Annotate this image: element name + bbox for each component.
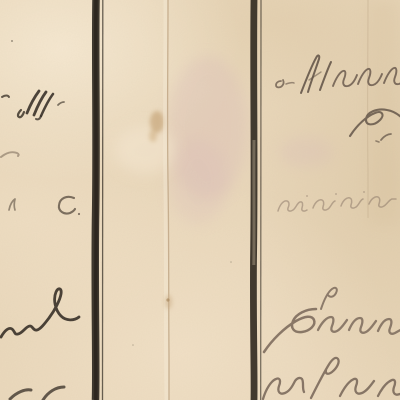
crease-knot <box>165 295 172 309</box>
manuscript-scan <box>0 0 400 400</box>
small-brown-stain-tail <box>149 130 157 142</box>
manuscript-artwork <box>0 0 400 400</box>
right-pink-stain <box>279 137 333 167</box>
crease-highlight <box>166 0 167 400</box>
small-brown-stain <box>150 111 164 133</box>
crease-knot-dot <box>166 298 169 301</box>
center-pink-stain-lower <box>168 140 228 224</box>
